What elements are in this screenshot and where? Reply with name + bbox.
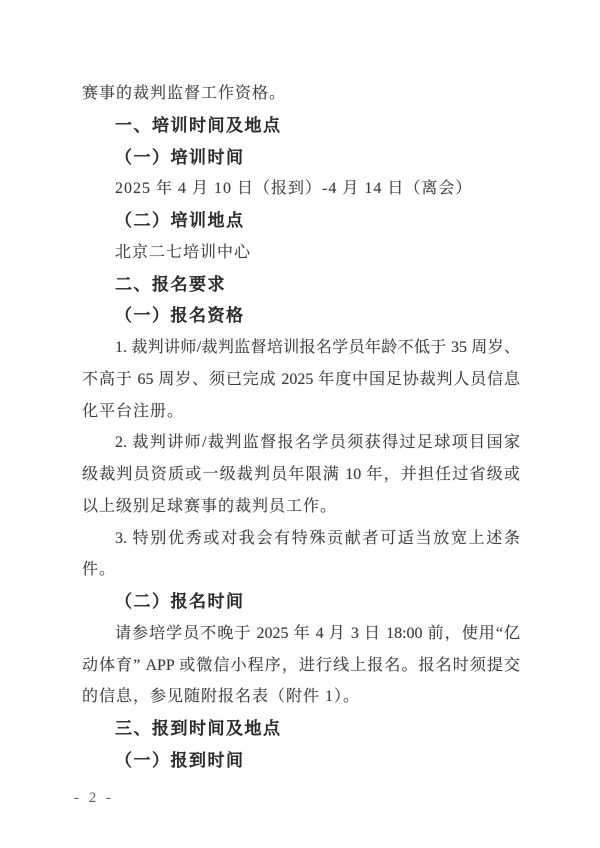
body-line: 请参培学员不晚于 2025 年 4 月 3 日 18:00 前，使用“亿 [82, 618, 520, 650]
subsection-heading: （二）培训地点 [82, 205, 520, 237]
document-body: 赛事的裁判监督工作资格。 一、培训时间及地点 （一）培训时间 2025 年 4 … [82, 78, 520, 777]
subsection-heading: （一）培训时间 [82, 142, 520, 174]
section-heading: 二、报名要求 [82, 269, 520, 301]
section-heading: 三、报到时间及地点 [82, 713, 520, 745]
body-line: 动体育” APP 或微信小程序，进行线上报名。报名时须提交 [82, 650, 520, 682]
body-line: 赛事的裁判监督工作资格。 [82, 78, 520, 110]
body-line: 级裁判员资质或一级裁判员年限满 10 年，并担任过省级或 [82, 459, 520, 491]
body-line: 3. 特别优秀或对我会有特殊贡献者可适当放宽上述条 [82, 523, 520, 555]
section-heading: 一、培训时间及地点 [82, 110, 520, 142]
body-line: 北京二七培训中心 [82, 237, 520, 269]
body-line: 1. 裁判讲师/裁判监督培训报名学员年龄不低于 35 周岁、 [82, 332, 520, 364]
body-line: 2. 裁判讲师/裁判监督报名学员须获得过足球项目国家 [82, 427, 520, 459]
body-line: 2025 年 4 月 10 日（报到）-4 月 14 日（离会） [82, 173, 520, 205]
document-page: 赛事的裁判监督工作资格。 一、培训时间及地点 （一）培训时间 2025 年 4 … [0, 0, 600, 848]
body-line: 的信息，参见随附报名表（附件 1）。 [82, 681, 520, 713]
body-line: 化平台注册。 [82, 396, 520, 428]
page-number: - 2 - [74, 790, 114, 807]
subsection-heading: （一）报到时间 [82, 745, 520, 777]
subsection-heading: （二）报名时间 [82, 586, 520, 618]
body-line: 以上级别足球赛事的裁判员工作。 [82, 491, 520, 523]
subsection-heading: （一）报名资格 [82, 300, 520, 332]
body-line: 件。 [82, 554, 520, 586]
body-line: 不高于 65 周岁、须已完成 2025 年度中国足协裁判人员信息 [82, 364, 520, 396]
